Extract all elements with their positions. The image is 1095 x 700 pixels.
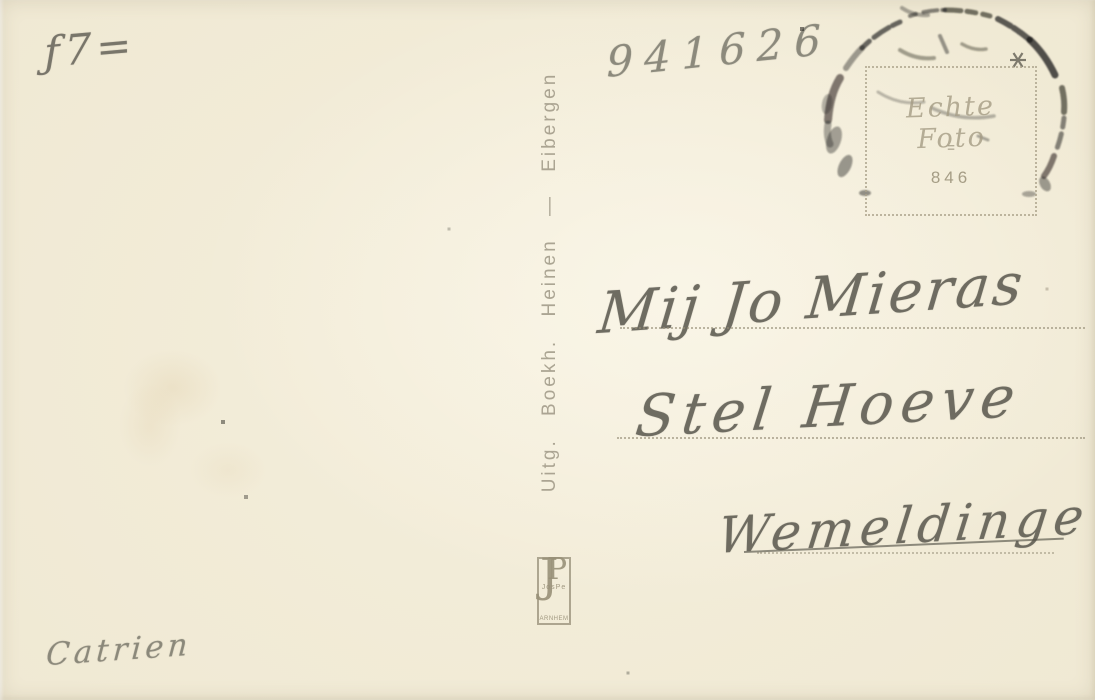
- address-rule-1: [620, 327, 1085, 329]
- publisher-logo: J P JosPe ARNHEM: [537, 557, 571, 625]
- price-mark: ƒ7=: [44, 20, 137, 77]
- stamp-equals-mark: =: [867, 140, 1035, 155]
- logo-letter-p: P: [547, 555, 567, 585]
- logo-small-text: JosPe: [539, 584, 569, 591]
- publisher-imprint: Uitg. Boekh. Heinen — Eibergen: [539, 72, 561, 493]
- serial-number: 941626: [607, 14, 832, 87]
- logo-city: ARNHEM: [539, 616, 569, 622]
- corner-note: Catrien: [45, 627, 193, 673]
- stamp-number: 846: [867, 168, 1035, 188]
- postmark-star-icon: [1010, 53, 1026, 67]
- address-rule-3: [757, 552, 1054, 554]
- postcard-back: ƒ7= 941626: [0, 0, 1095, 700]
- address-line-1: Mij Jo Mieras: [595, 251, 1028, 347]
- stamp-box: Echte Foto = 846: [865, 66, 1037, 216]
- paper-specks: [0, 0, 2, 2]
- address-rule-2: [617, 437, 1085, 439]
